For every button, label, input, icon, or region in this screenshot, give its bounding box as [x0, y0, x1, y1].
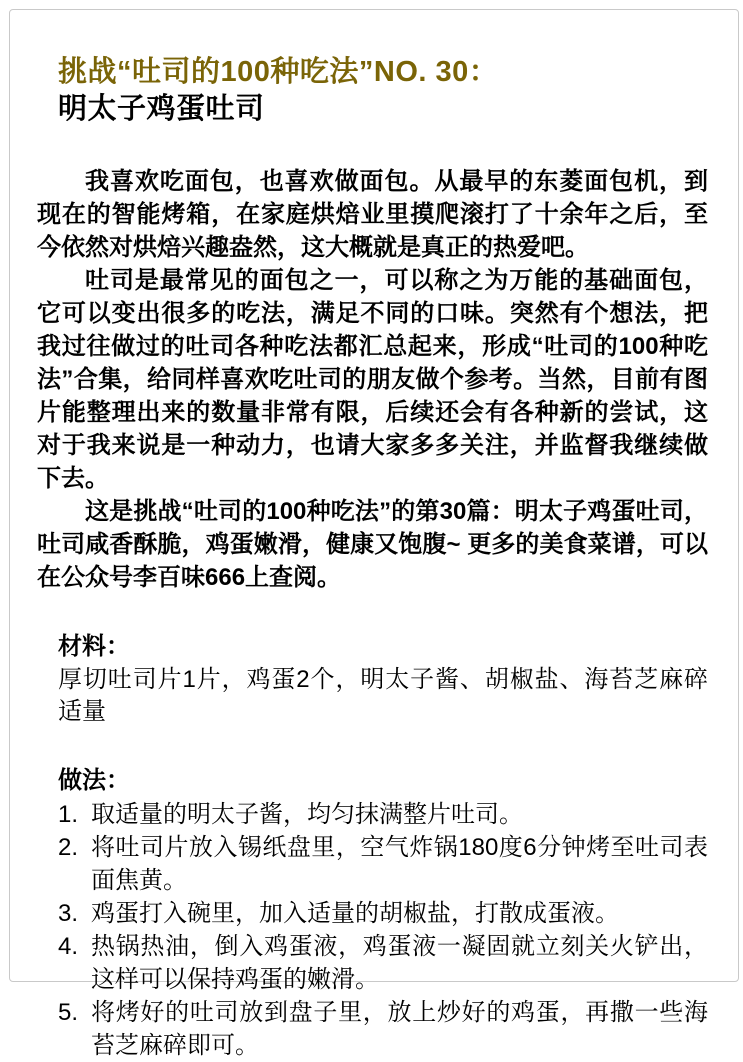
- materials-content: 厚切吐司片1片，鸡蛋2个，明太子酱、胡椒盐、海苔芝麻碎适量: [58, 664, 708, 728]
- steps-list: 1.取适量的明太子酱，均匀抹满整片吐司。2.将吐司片放入锡纸盘里，空气炸锅180…: [58, 798, 708, 988]
- step-item: 1.取适量的明太子酱，均匀抹满整片吐司。: [58, 798, 708, 831]
- step-item: 4.热锅热油，倒入鸡蛋液，鸡蛋液一凝固就立刻关火铲出，这样可以保持鸡蛋的嫩滑。: [58, 930, 708, 988]
- intro-paragraph: 吐司是最常见的面包之一，可以称之为万能的基础面包，它可以变出很多的吃法，满足不同…: [37, 264, 708, 495]
- steps-heading: 做法：: [58, 766, 708, 796]
- page-title: 挑战“吐司的100种吃法”NO. 30： 明太子鸡蛋吐司: [58, 54, 708, 128]
- page-title-line1: 挑战“吐司的100种吃法”NO. 30：: [58, 54, 708, 91]
- page-title-line2: 明太子鸡蛋吐司: [58, 91, 708, 128]
- step-number: 1.: [58, 798, 91, 831]
- step-text: 取适量的明太子酱，均匀抹满整片吐司。: [91, 798, 708, 831]
- document-page: 挑战“吐司的100种吃法”NO. 30： 明太子鸡蛋吐司 我喜欢吃面包，也喜欢做…: [9, 9, 739, 982]
- document-content: 挑战“吐司的100种吃法”NO. 30： 明太子鸡蛋吐司 我喜欢吃面包，也喜欢做…: [10, 10, 738, 988]
- step-text: 将吐司片放入锡纸盘里，空气炸锅180度6分钟烤至吐司表面焦黄。: [91, 831, 708, 897]
- step-number: 3.: [58, 897, 91, 930]
- intro-paragraph: 这是挑战“吐司的100种吃法”的第30篇：明太子鸡蛋吐司，吐司咸香酥脆，鸡蛋嫩滑…: [37, 495, 708, 594]
- step-text: 鸡蛋打入碗里，加入适量的胡椒盐，打散成蛋液。: [91, 897, 708, 930]
- step-item: 3.鸡蛋打入碗里，加入适量的胡椒盐，打散成蛋液。: [58, 897, 708, 930]
- intro-paragraphs: 我喜欢吃面包，也喜欢做面包。从最早的东菱面包机，到现在的智能烤箱，在家庭烘焙业里…: [37, 165, 708, 594]
- intro-paragraph: 我喜欢吃面包，也喜欢做面包。从最早的东菱面包机，到现在的智能烤箱，在家庭烘焙业里…: [37, 165, 708, 264]
- step-item: 2.将吐司片放入锡纸盘里，空气炸锅180度6分钟烤至吐司表面焦黄。: [58, 831, 708, 897]
- step-number: 2.: [58, 831, 91, 897]
- step-number: 4.: [58, 930, 91, 988]
- step-text: 热锅热油，倒入鸡蛋液，鸡蛋液一凝固就立刻关火铲出，这样可以保持鸡蛋的嫩滑。: [91, 930, 708, 988]
- materials-heading: 材料：: [58, 632, 708, 662]
